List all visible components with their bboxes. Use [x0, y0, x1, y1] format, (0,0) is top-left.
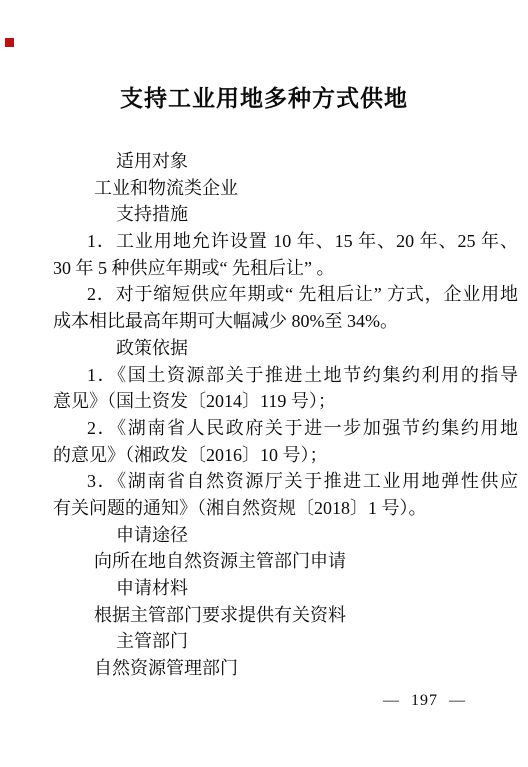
section-heading: 申请材料	[53, 575, 518, 602]
body-line: 30 年 5 种供应年期或“ 先租后让” 。	[53, 255, 518, 282]
numbered-item: 1．工业用地允许设置 10 年、15 年、20 年、25 年、	[53, 228, 518, 255]
numbered-item: 3．《湖南省自然资源厅关于推进工业用地弹性供应	[53, 468, 518, 495]
section-heading: 适用对象	[53, 148, 518, 175]
body-line: 工业和物流类企业	[53, 175, 518, 202]
red-corner-marker	[5, 38, 14, 47]
body-line: 成本相比最高年期可大幅减少 80%至 34%。	[53, 308, 518, 335]
numbered-item: 2．对于缩短供应年期或“ 先租后让” 方式，企业用地	[53, 281, 518, 308]
section-heading: 主管部门	[53, 628, 518, 655]
document-page: 支持工业用地多种方式供地 适用对象 工业和物流类企业 支持措施 1．工业用地允许…	[0, 0, 528, 767]
section-heading: 支持措施	[53, 201, 518, 228]
body-line: 根据主管部门要求提供有关资料	[53, 602, 518, 629]
numbered-item: 2．《湖南省人民政府关于进一步加强节约集约用地	[53, 415, 518, 442]
section-heading: 申请途径	[53, 522, 518, 549]
body-line: 意见》（国土资发〔2014〕119 号）；	[53, 388, 518, 415]
page-number: — 197 —	[383, 692, 466, 710]
numbered-item: 1．《国土资源部关于推进土地节约集约利用的指导	[53, 362, 518, 389]
body-line: 的意见》（湘政发〔2016〕10 号）；	[53, 442, 518, 469]
body-line: 有关问题的通知》（湘自然资规〔2018〕1 号）。	[53, 495, 518, 522]
page-title: 支持工业用地多种方式供地	[0, 85, 528, 113]
body-line: 自然资源管理部门	[53, 655, 518, 682]
document-body: 适用对象 工业和物流类企业 支持措施 1．工业用地允许设置 10 年、15 年、…	[53, 148, 518, 682]
body-line: 向所在地自然资源主管部门申请	[53, 548, 518, 575]
section-heading: 政策依据	[53, 335, 518, 362]
